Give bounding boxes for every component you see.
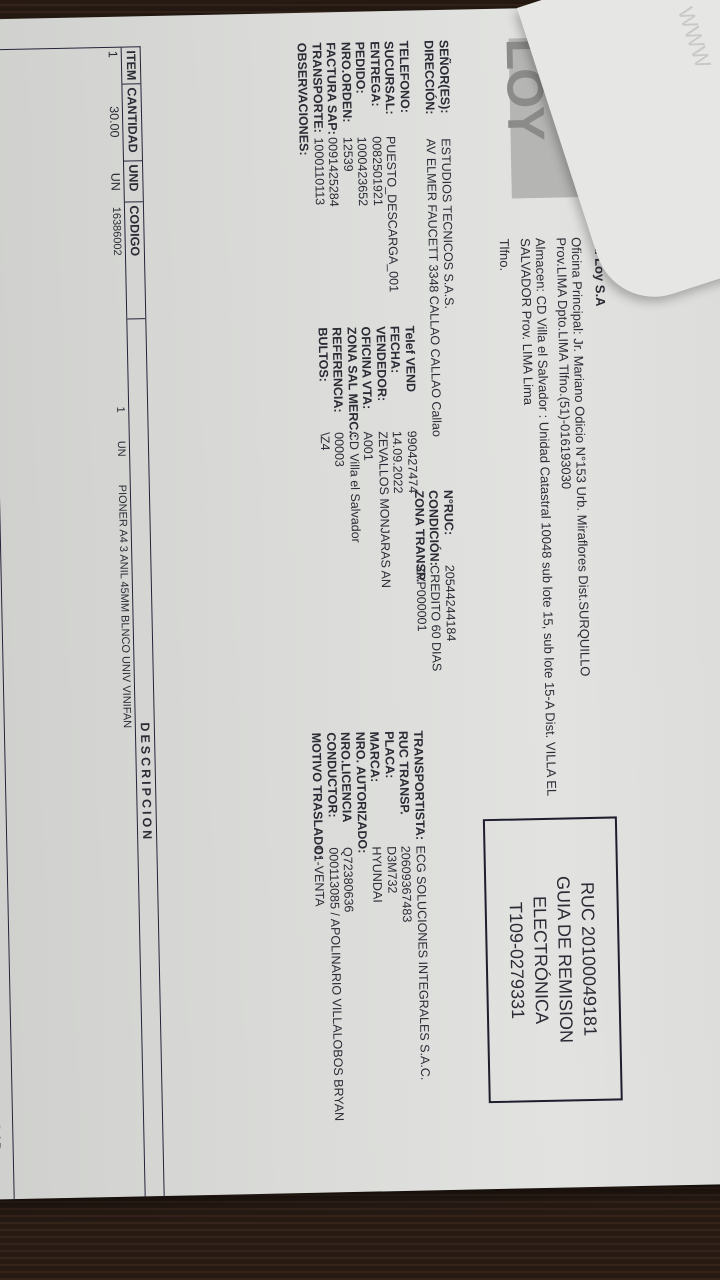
col-codigo: CODIGO <box>125 202 145 318</box>
field-value: 12539 <box>340 137 355 172</box>
field-label: REFERENCIA: <box>330 327 347 432</box>
field-label: CONDUCTOR: <box>324 732 341 847</box>
field-label: NRO.ORDEN: <box>338 42 354 137</box>
doc-title-2: ELECTRÓNICA <box>527 896 554 1025</box>
field-value: ZVP000001 <box>413 565 429 631</box>
field-label: MARCA: <box>367 731 384 846</box>
field-label: ZONA TRANSP. <box>411 490 427 565</box>
fields-section: SEÑOR(ES): ESTUDIOS TECNICOS S.A.S. DIRE… <box>422 40 459 437</box>
field-value: 1000423652 <box>355 136 371 206</box>
senores-label: SEÑOR(ES): <box>436 40 452 135</box>
field-label: CONDICIÓN: <box>426 490 442 565</box>
doc-title-1: GUIA DE REMISION <box>551 876 578 1043</box>
field-value: 0082501921 <box>369 136 385 206</box>
field-label: TELEFONO: <box>396 41 412 136</box>
field-label: VENDEDOR: <box>373 326 390 431</box>
field-value: CD Villa el Salvador <box>346 432 363 543</box>
field-label: OFICINA VTA: <box>359 326 376 431</box>
field-label: OBSERVACIONES: <box>295 43 311 138</box>
ruc-document-box: RUC 20100049181 GUIA DE REMISION ELECTRÓ… <box>483 816 623 1103</box>
field-label: MOTIVO TRASLADO: <box>309 733 326 848</box>
guia-de-remision: TAI LOY Tai Loy S.A Oficina Principal: J… <box>0 26 644 1159</box>
field-label: PLACA: <box>381 731 398 846</box>
field-value: 14.09.2022 <box>390 431 406 494</box>
doc-number: T109-0279331 <box>504 902 530 1020</box>
field-label: FACTURA SAP: <box>324 42 340 137</box>
direccion-label: DIRECCIÓN: <box>422 40 438 135</box>
field-label: NRO.LICENCIA <box>338 732 355 847</box>
field-label: PEDIDO: <box>353 41 369 136</box>
field-label: N°RUC: <box>440 490 456 565</box>
field-label: BULTOS: <box>315 327 332 432</box>
field-label: ENTREGA: <box>367 41 383 136</box>
overlapping-sheet-text: WWW <box>672 4 716 71</box>
field-label: TRANSPORTISTA: <box>410 730 427 845</box>
field-value: 00003 <box>332 432 347 467</box>
field-label: SUCURSAL: <box>382 41 398 136</box>
company-header: Tai Loy S.A Oficina Principal: Jr. Maria… <box>497 237 619 798</box>
field-value: Q72380636 <box>340 847 356 913</box>
field-value: CREDITO 60 DIAS <box>428 565 445 671</box>
field-label: TRANSPORTE: <box>309 42 325 137</box>
field-value: HYUNDAI <box>369 846 385 903</box>
middle-fields: Telef VEND990427474FECHA:14.09.2022VENDE… <box>315 326 422 590</box>
col-item: ITEM <box>122 47 141 84</box>
left-fields: TELEFONO:SUCURSAL:PUESTO_DESCARGA_001ENT… <box>295 41 416 294</box>
field-value: D3M732 <box>384 846 399 894</box>
col-und: UND <box>124 161 143 202</box>
ruc-number: RUC 20100049181 <box>575 882 602 1037</box>
col-cantidad: CANTIDAD <box>122 84 142 161</box>
field-value: 01-VENTA <box>311 848 327 907</box>
field-label: ZONA SAL MERC.: <box>344 327 361 432</box>
field-label: Telef VEND <box>402 326 419 431</box>
field-value: A001 <box>361 431 376 461</box>
field-label: RUC TRANSP. <box>396 731 413 846</box>
field-label: NRO. AUTORIZADO: <box>352 732 369 847</box>
field-value: 990427474 <box>404 430 420 493</box>
field-label: FECHA: <box>388 326 405 431</box>
cell-und: UN <box>107 160 124 204</box>
cell-codigo: 16386002 <box>108 204 126 320</box>
field-value: \Z4 <box>317 432 332 450</box>
transport-fields: TRANSPORTISTA:ECG SOLUCIONES INTEGRALES … <box>309 730 433 1121</box>
cell-qty: 1 <box>110 320 128 416</box>
field-value: 1000110113 <box>311 137 327 205</box>
cell-und2: UN <box>112 416 129 482</box>
cell-cantidad: 30.00 <box>105 84 123 160</box>
ruc-fields: N°RUC:20544244184CONDICIÓN:CREDITO 60 DI… <box>411 490 458 672</box>
cell-item: 1 <box>105 48 122 84</box>
items-table: ITEM CANTIDAD UND CODIGO DESCRIPCION 1 3… <box>0 46 165 1200</box>
company-name: Tai Loy S.A <box>592 237 619 796</box>
field-value: 20609367483 <box>398 846 414 923</box>
field-value: 20544244184 <box>442 565 458 642</box>
field-value: 0091425284 <box>326 137 342 207</box>
footer-fragment: ILIDAD <box>0 1109 4 1151</box>
table-bottom-border <box>0 50 15 1200</box>
